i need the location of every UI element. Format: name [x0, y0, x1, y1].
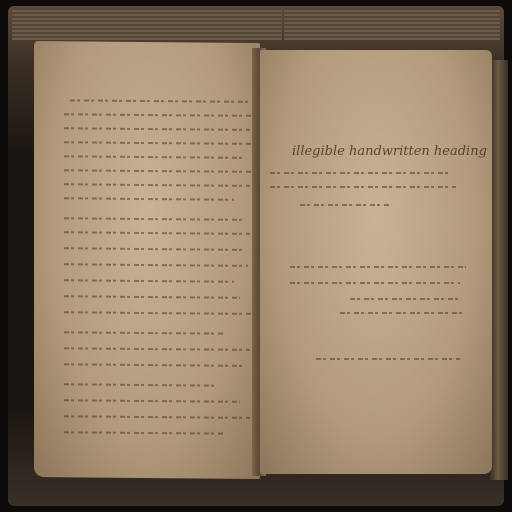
right-page: illegible handwritten heading — [260, 50, 492, 474]
page-heading: illegible handwritten heading — [292, 144, 487, 159]
wood-plank-right — [284, 8, 500, 40]
left-page — [34, 41, 260, 479]
wood-plank-left — [12, 8, 282, 40]
